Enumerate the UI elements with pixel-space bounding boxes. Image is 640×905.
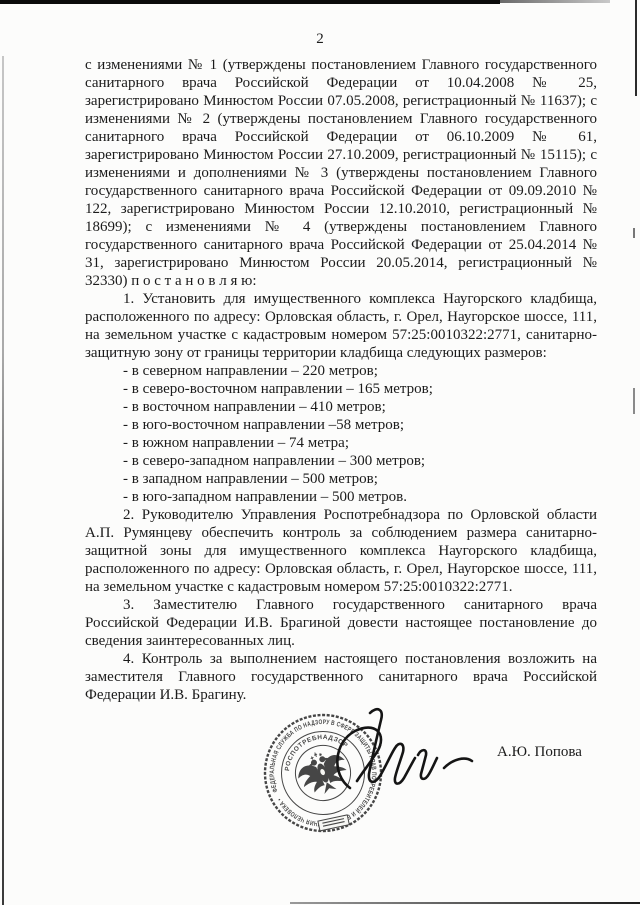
seal-number-box [318, 815, 349, 831]
resolution-item-4: 4. Контроль за выполнением настоящего по… [85, 650, 597, 704]
list-item: - в северо-восточном направлении – 165 м… [85, 380, 597, 398]
list-item: - в северном направлении – 220 метров; [85, 362, 597, 380]
page-number: 2 [0, 31, 640, 48]
resolution-item-3: 3. Заместителю Главного государственного… [85, 596, 597, 650]
direction-list: - в северном направлении – 220 метров; -… [85, 362, 597, 506]
resolution-item-1: 1. Установить для имущественного комплек… [85, 290, 597, 362]
resolution-item-2: 2. Руководителю Управления Роспотребнадз… [85, 506, 597, 596]
intro-paragraph: с изменениями № 1 (утверждены постановле… [85, 56, 597, 290]
list-item: - в южном направлении – 74 метра; [85, 434, 597, 452]
scan-artifact-right-line [635, 0, 637, 96]
scan-artifact-top-bar-fade [500, 0, 610, 3]
list-item: - в северо-западном направлении – 300 ме… [85, 452, 597, 470]
list-item: - в юго-западном направлении – 500 метро… [85, 488, 597, 506]
list-item: - в восточном направлении – 410 метров; [85, 398, 597, 416]
scan-artifact-left-line [2, 56, 4, 905]
signer-name: А.Ю. Попова [497, 744, 582, 761]
document-body: с изменениями № 1 (утверждены постановле… [85, 56, 597, 704]
handwritten-signature [325, 700, 475, 810]
signature-strokes [325, 700, 475, 810]
list-item: - в западном направлении – 500 метров; [85, 470, 597, 488]
list-item: - в юго-восточном направлении –58 метров… [85, 416, 597, 434]
scan-artifact-bottom-line [290, 902, 640, 904]
scan-artifact-right-dash [633, 388, 635, 414]
scan-artifact-right-dash [633, 228, 635, 238]
scanned-document-page: { "page": { "number": "2" }, "colors": {… [0, 0, 640, 905]
scan-artifact-top-bar [0, 0, 500, 4]
